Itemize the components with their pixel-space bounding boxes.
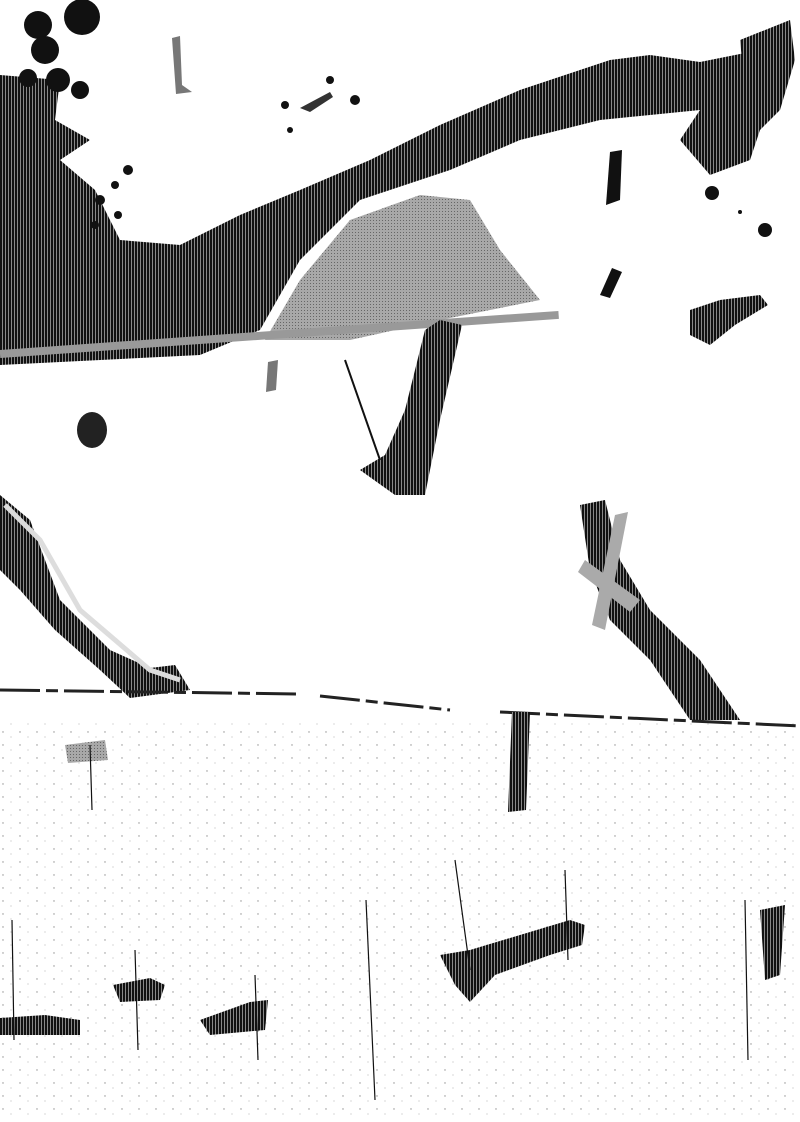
crossed-sword [578,500,740,720]
bone-chunk [690,295,768,345]
manga-page [0,0,800,1122]
manga-artwork [0,0,800,1122]
bone-fragment [266,360,278,392]
bone-floating-1 [172,36,192,94]
bone-chunk-2 [600,268,622,298]
bone-shard [606,150,622,205]
ink-splatter [19,0,772,237]
dust-particles [0,720,800,1120]
bone-floating-2 [300,92,333,112]
bone-knob [77,412,107,448]
falling-leg [345,320,462,495]
curved-blade [0,495,190,698]
